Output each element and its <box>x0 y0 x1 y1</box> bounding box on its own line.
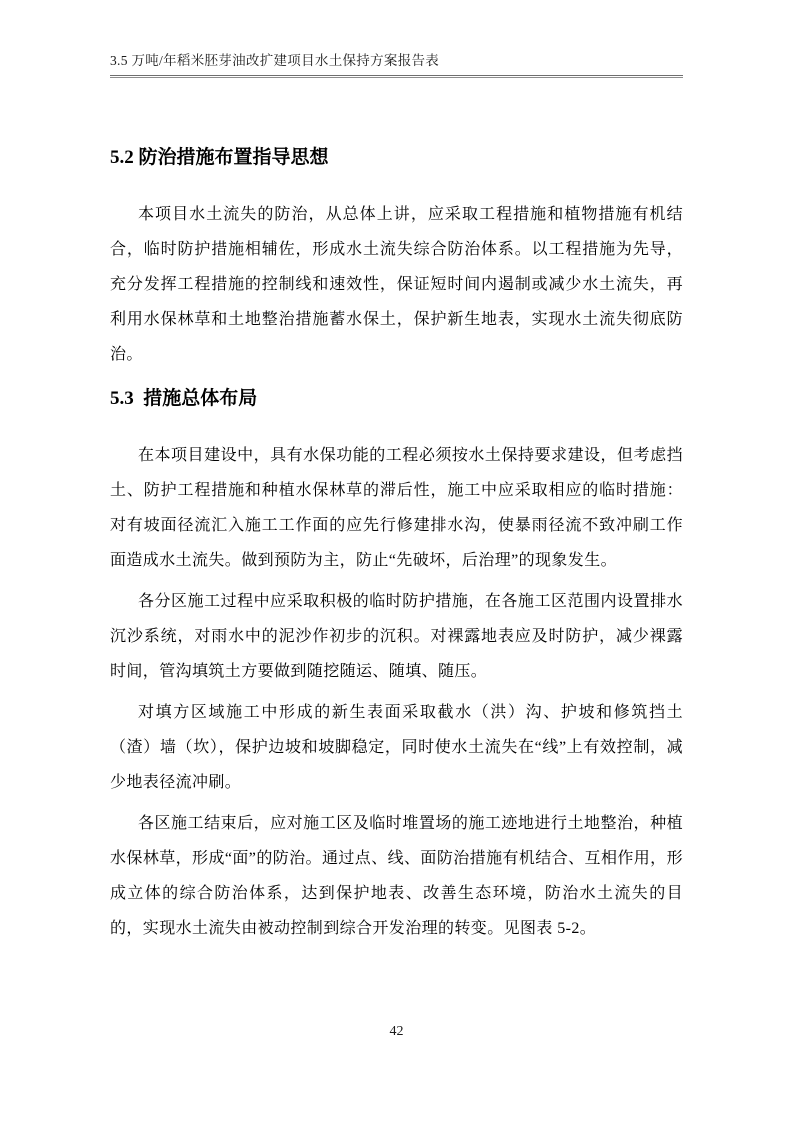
document-content: 5.2 防治措施布置指导思想 本项目水土流失的防治，从总体上讲，应采取工程措施和… <box>110 130 683 952</box>
page-number: 42 <box>390 1024 404 1039</box>
paragraph-5-3-2: 各分区施工过程中应采取积极的临时防护措施，在各施工区范围内设置排水沉沙系统，对雨… <box>110 584 683 689</box>
page-footer: 42 <box>0 1022 793 1040</box>
section-heading-5-2: 5.2 防治措施布置指导思想 <box>110 145 683 171</box>
document-page: 3.5 万吨/年稻米胚芽油改扩建项目水土保持方案报告表 5.2 防治措施布置指导… <box>0 0 793 1122</box>
section-heading-5-3: 5.3 措施总体布局 <box>110 386 683 412</box>
header-rule <box>110 75 683 78</box>
page-header: 3.5 万吨/年稻米胚芽油改扩建项目水土保持方案报告表 <box>110 52 683 78</box>
paragraph-5-2-1: 本项目水土流失的防治，从总体上讲，应采取工程措施和植物措施有机结合，临时防护措施… <box>110 197 683 372</box>
paragraph-5-3-4: 各区施工结束后，应对施工区及临时堆置场的施工迹地进行土地整治，种植水保林草，形成… <box>110 806 683 946</box>
paragraph-5-3-1: 在本项目建设中，具有水保功能的工程必须按水土保持要求建设，但考虑挡土、防护工程措… <box>110 438 683 578</box>
paragraph-5-3-3: 对填方区域施工中形成的新生表面采取截水（洪）沟、护坡和修筑挡土（渣）墙（坎），保… <box>110 695 683 800</box>
header-title: 3.5 万吨/年稻米胚芽油改扩建项目水土保持方案报告表 <box>110 52 683 70</box>
